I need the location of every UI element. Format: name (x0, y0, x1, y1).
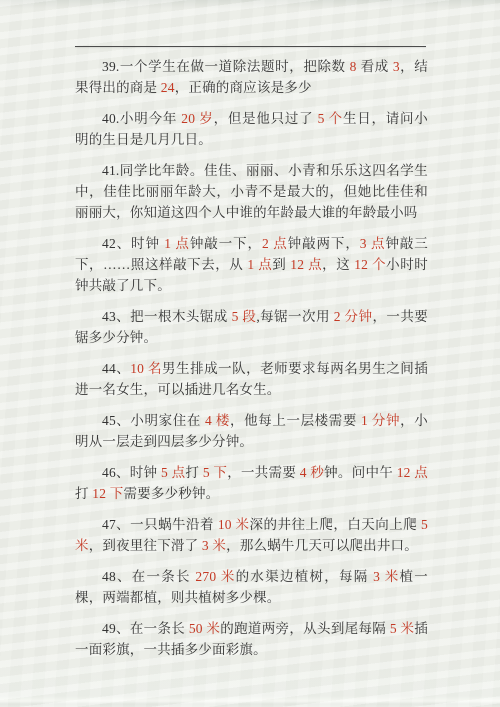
question-paragraph-49: 49、在一条长 50 米的跑道两旁，从头到尾每隔 5 米插一面彩旗，一共插多少面… (75, 618, 428, 660)
question-text-segment: 49、在一条长 (102, 621, 189, 636)
worksheet-page: 39.一个学生在做一道除法题时，把除数 8 看成 3，结果得出的商是 24，正确… (0, 0, 500, 707)
highlighted-number: 8 (350, 59, 357, 74)
highlighted-number: 3 (393, 59, 400, 74)
highlighted-number: 10 米 (218, 517, 250, 532)
highlighted-number: 3 点 (360, 236, 386, 251)
question-paragraph-40: 40.小明今年 20 岁，但是他只过了 5 个生日，请问小明的生日是几月几日。 (75, 108, 428, 150)
question-paragraph-43: 43、把一根木头锯成 5 段,每锯一次用 2 分钟，一共要锯多少分钟。 (75, 306, 428, 348)
question-text-segment: ，那么蜗牛几天可以爬出井口。 (226, 538, 418, 553)
question-text-segment: 到 (272, 257, 290, 272)
highlighted-number: 3 米 (373, 569, 399, 584)
highlighted-number: 5 米 (390, 621, 414, 636)
question-text-segment: 钟敲两下， (288, 236, 360, 251)
question-text-segment: ，到夜里往下滑了 (89, 538, 202, 553)
highlighted-number: 5 段 (232, 309, 257, 324)
question-text-segment: 44、 (102, 361, 130, 376)
question-paragraph-41: 41.同学比年龄。佳佳、丽丽、小青和乐乐这四名学生中，佳佳比丽丽年龄大，小青不是… (75, 160, 428, 223)
question-text-segment: 48、在一条长 (102, 569, 195, 584)
question-paragraph-46: 46、时钟 5 点打 5 下，一共需要 4 秒钟。问中午 12 点打 12 下需… (75, 462, 428, 504)
question-text-segment: 打 (185, 465, 202, 480)
question-text-segment: 看成 (357, 59, 393, 74)
question-text-segment: ，这 (322, 257, 354, 272)
question-paragraph-45: 45、小明家住在 4 楼，他每上一层楼需要 1 分钟，小明从一层走到四层多少分钟… (75, 410, 428, 452)
question-text-segment: 47、一只蜗牛沿着 (102, 517, 218, 532)
highlighted-number: 2 分钟 (334, 309, 373, 324)
highlighted-number: 12 下 (92, 486, 123, 501)
highlighted-number: 12 点 (290, 257, 322, 272)
header-rule-line (75, 46, 426, 47)
highlighted-number: 20 岁 (181, 111, 213, 126)
question-text-segment: 41.同学比年龄。佳佳、丽丽、小青和乐乐这四名学生中，佳佳比丽丽年龄大，小青不是… (75, 163, 428, 220)
highlighted-number: 3 米 (202, 538, 226, 553)
highlighted-number: 10 名 (130, 361, 162, 376)
highlighted-number: 5 个 (318, 111, 343, 126)
question-text-segment: 钟。问中午 (324, 465, 397, 480)
highlighted-number: 270 米 (195, 569, 235, 584)
highlighted-number: 1 分钟 (361, 413, 400, 428)
highlighted-number: 4 楼 (205, 413, 230, 428)
question-text-segment: 40.小明今年 (102, 111, 181, 126)
question-paragraph-47: 47、一只蜗牛沿着 10 米深的井往上爬，白天向上爬 5 米，到夜里往下滑了 3… (75, 514, 428, 556)
highlighted-number: 12 点 (397, 465, 428, 480)
question-text-segment: 42、时钟 (102, 236, 164, 251)
highlighted-number: 5 点 (161, 465, 185, 480)
question-text-segment: 43、把一根木头锯成 (102, 309, 232, 324)
question-text-segment: 的水渠边植树，每隔 (236, 569, 374, 584)
question-text-segment: 钟敲一下， (190, 236, 262, 251)
highlighted-number: 50 米 (189, 621, 220, 636)
question-text-segment: 打 (75, 486, 92, 501)
question-text-segment: 39.一个学生在做一道除法题时，把除数 (102, 59, 350, 74)
question-text-segment: 深的井往上爬，白天向上爬 (250, 517, 422, 532)
question-text-segment: ，他每上一层楼需要 (230, 413, 361, 428)
question-text-segment: 45、小明家住在 (102, 413, 205, 428)
question-text-segment: 46、时钟 (102, 465, 161, 480)
question-text-segment: ，正确的商应该是多少 (175, 80, 312, 95)
highlighted-number: 12 个 (354, 257, 386, 272)
question-text-segment: ，但是他只过了 (214, 111, 318, 126)
highlighted-number: 1 点 (247, 257, 272, 272)
highlighted-number: 1 点 (164, 236, 190, 251)
highlighted-number: 24 (161, 80, 175, 95)
question-paragraph-42: 42、时钟 1 点钟敲一下，2 点钟敲两下，3 点钟敲三下，……照这样敲下去，从… (75, 233, 428, 296)
question-text-segment: 需要多少秒钟。 (123, 486, 219, 501)
highlighted-number: 4 秒 (300, 465, 324, 480)
questions-list: 39.一个学生在做一道除法题时，把除数 8 看成 3，结果得出的商是 24，正确… (75, 56, 428, 670)
highlighted-number: 2 点 (262, 236, 288, 251)
question-paragraph-44: 44、10 名男生排成一队，老师要求每两名男生之间插进一名女生，可以插进几名女生… (75, 358, 428, 400)
question-paragraph-39: 39.一个学生在做一道除法题时，把除数 8 看成 3，结果得出的商是 24，正确… (75, 56, 428, 98)
highlighted-number: 5 下 (203, 465, 227, 480)
question-text-segment: 的跑道两旁，从头到尾每隔 (220, 621, 390, 636)
question-text-segment: ，一共需要 (227, 465, 300, 480)
question-paragraph-48: 48、在一条长 270 米的水渠边植树，每隔 3 米植一棵，两端都植，则共植树多… (75, 566, 428, 608)
question-text-segment: ,每锯一次用 (256, 309, 333, 324)
